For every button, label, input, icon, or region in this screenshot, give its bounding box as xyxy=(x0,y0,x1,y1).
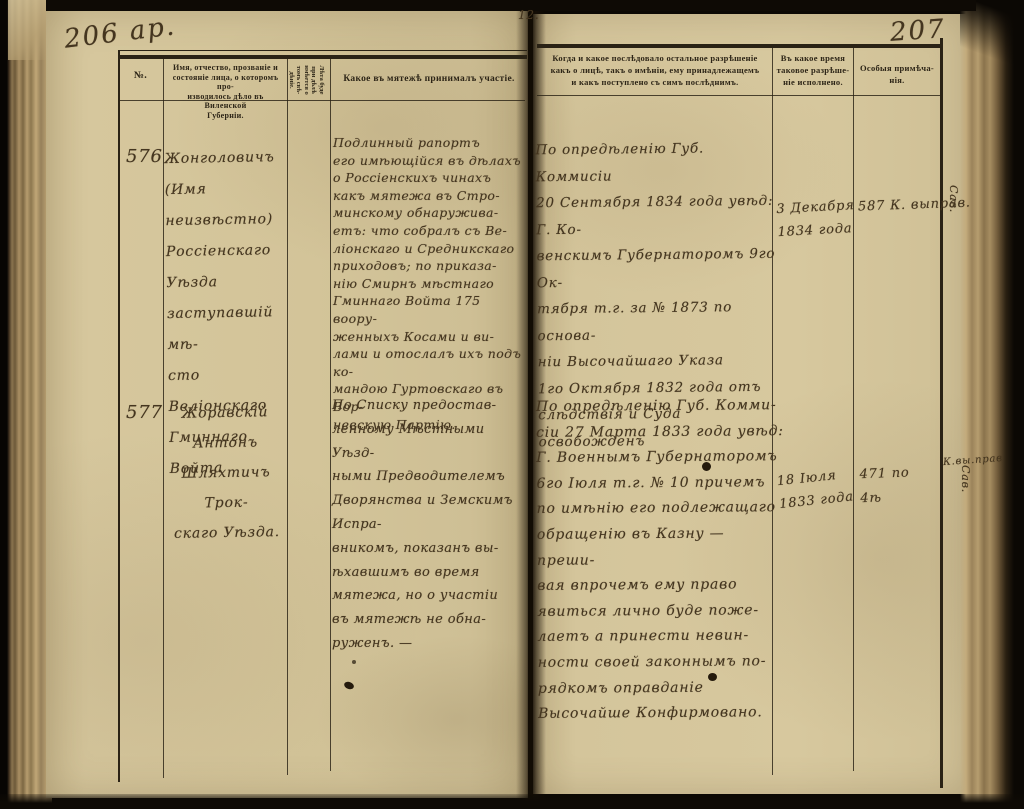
ink-speck-left-page xyxy=(352,660,356,664)
scanned-register-spread: 206 ар. 12. 207 №. Имя, отчество, прозва… xyxy=(0,0,1024,809)
entry-576-participation: Подлинный рапортъ его имѣющійся въ дѣлах… xyxy=(333,134,529,433)
wormhole-right-page-2 xyxy=(708,673,717,681)
right-folio-number: 207 xyxy=(889,14,947,48)
header-age-column-rotated: Лѣта буде при дѣлѣ имѣется о томъ свѣ- д… xyxy=(288,60,326,100)
right-table-top-thick-rule xyxy=(537,44,941,48)
entry-577-time: 18 Іюля 1833 года xyxy=(776,462,860,516)
book-page-edges-right xyxy=(960,0,1024,809)
left-table-top-thin-rule xyxy=(118,50,527,51)
entry-576-number: 576 xyxy=(126,146,163,167)
left-table-col-divider-3 xyxy=(330,59,331,771)
right-table-header-bottom-rule xyxy=(537,95,941,96)
right-table-col-divider-2 xyxy=(853,47,854,771)
header-resolution-column: Когда и какое послѣдовало остальное разр… xyxy=(540,52,770,88)
left-table-top-thick-rule xyxy=(118,55,527,59)
left-table-left-border xyxy=(118,50,120,782)
book-page-edges-left xyxy=(0,0,52,809)
entry-577-remark: 471 по 4ѣ xyxy=(859,461,931,511)
entry-577-resolution: По опредѣленію Губ. Комми- сіи 27 Марта … xyxy=(536,393,786,727)
entry-577-vertical-note: Сав. xyxy=(959,465,972,493)
scan-background-top xyxy=(46,0,976,11)
entry-576-time: 3 Декабря 1834 года xyxy=(776,194,858,244)
header-remarks-column: Особыя примѣча- нія. xyxy=(856,62,938,86)
center-page-mark: 12. xyxy=(518,8,539,22)
entry-577-number: 577 xyxy=(126,402,163,423)
header-time-column: Въ какое время таковое разрѣше- ніе испо… xyxy=(774,52,852,88)
header-participation-column: Какое въ мятежѣ принималъ участіе. xyxy=(335,74,523,84)
entry-577-name: Жоравскій Антонъ Шляхтичъ Трок- скаго Уѣ… xyxy=(164,397,289,549)
entry-576-vertical-note: Сав. xyxy=(947,185,960,213)
wormhole-right-page-1 xyxy=(702,462,711,471)
entry-577-participation: По Списку предостав- ленному Мѣстными Уѣ… xyxy=(332,394,530,656)
header-name-column: Имя, отчество, прозваніе и состояніе лиц… xyxy=(166,63,285,120)
header-number-column: №. xyxy=(118,70,163,81)
scan-background-bottom xyxy=(0,794,1024,809)
right-table-right-border xyxy=(940,38,943,788)
